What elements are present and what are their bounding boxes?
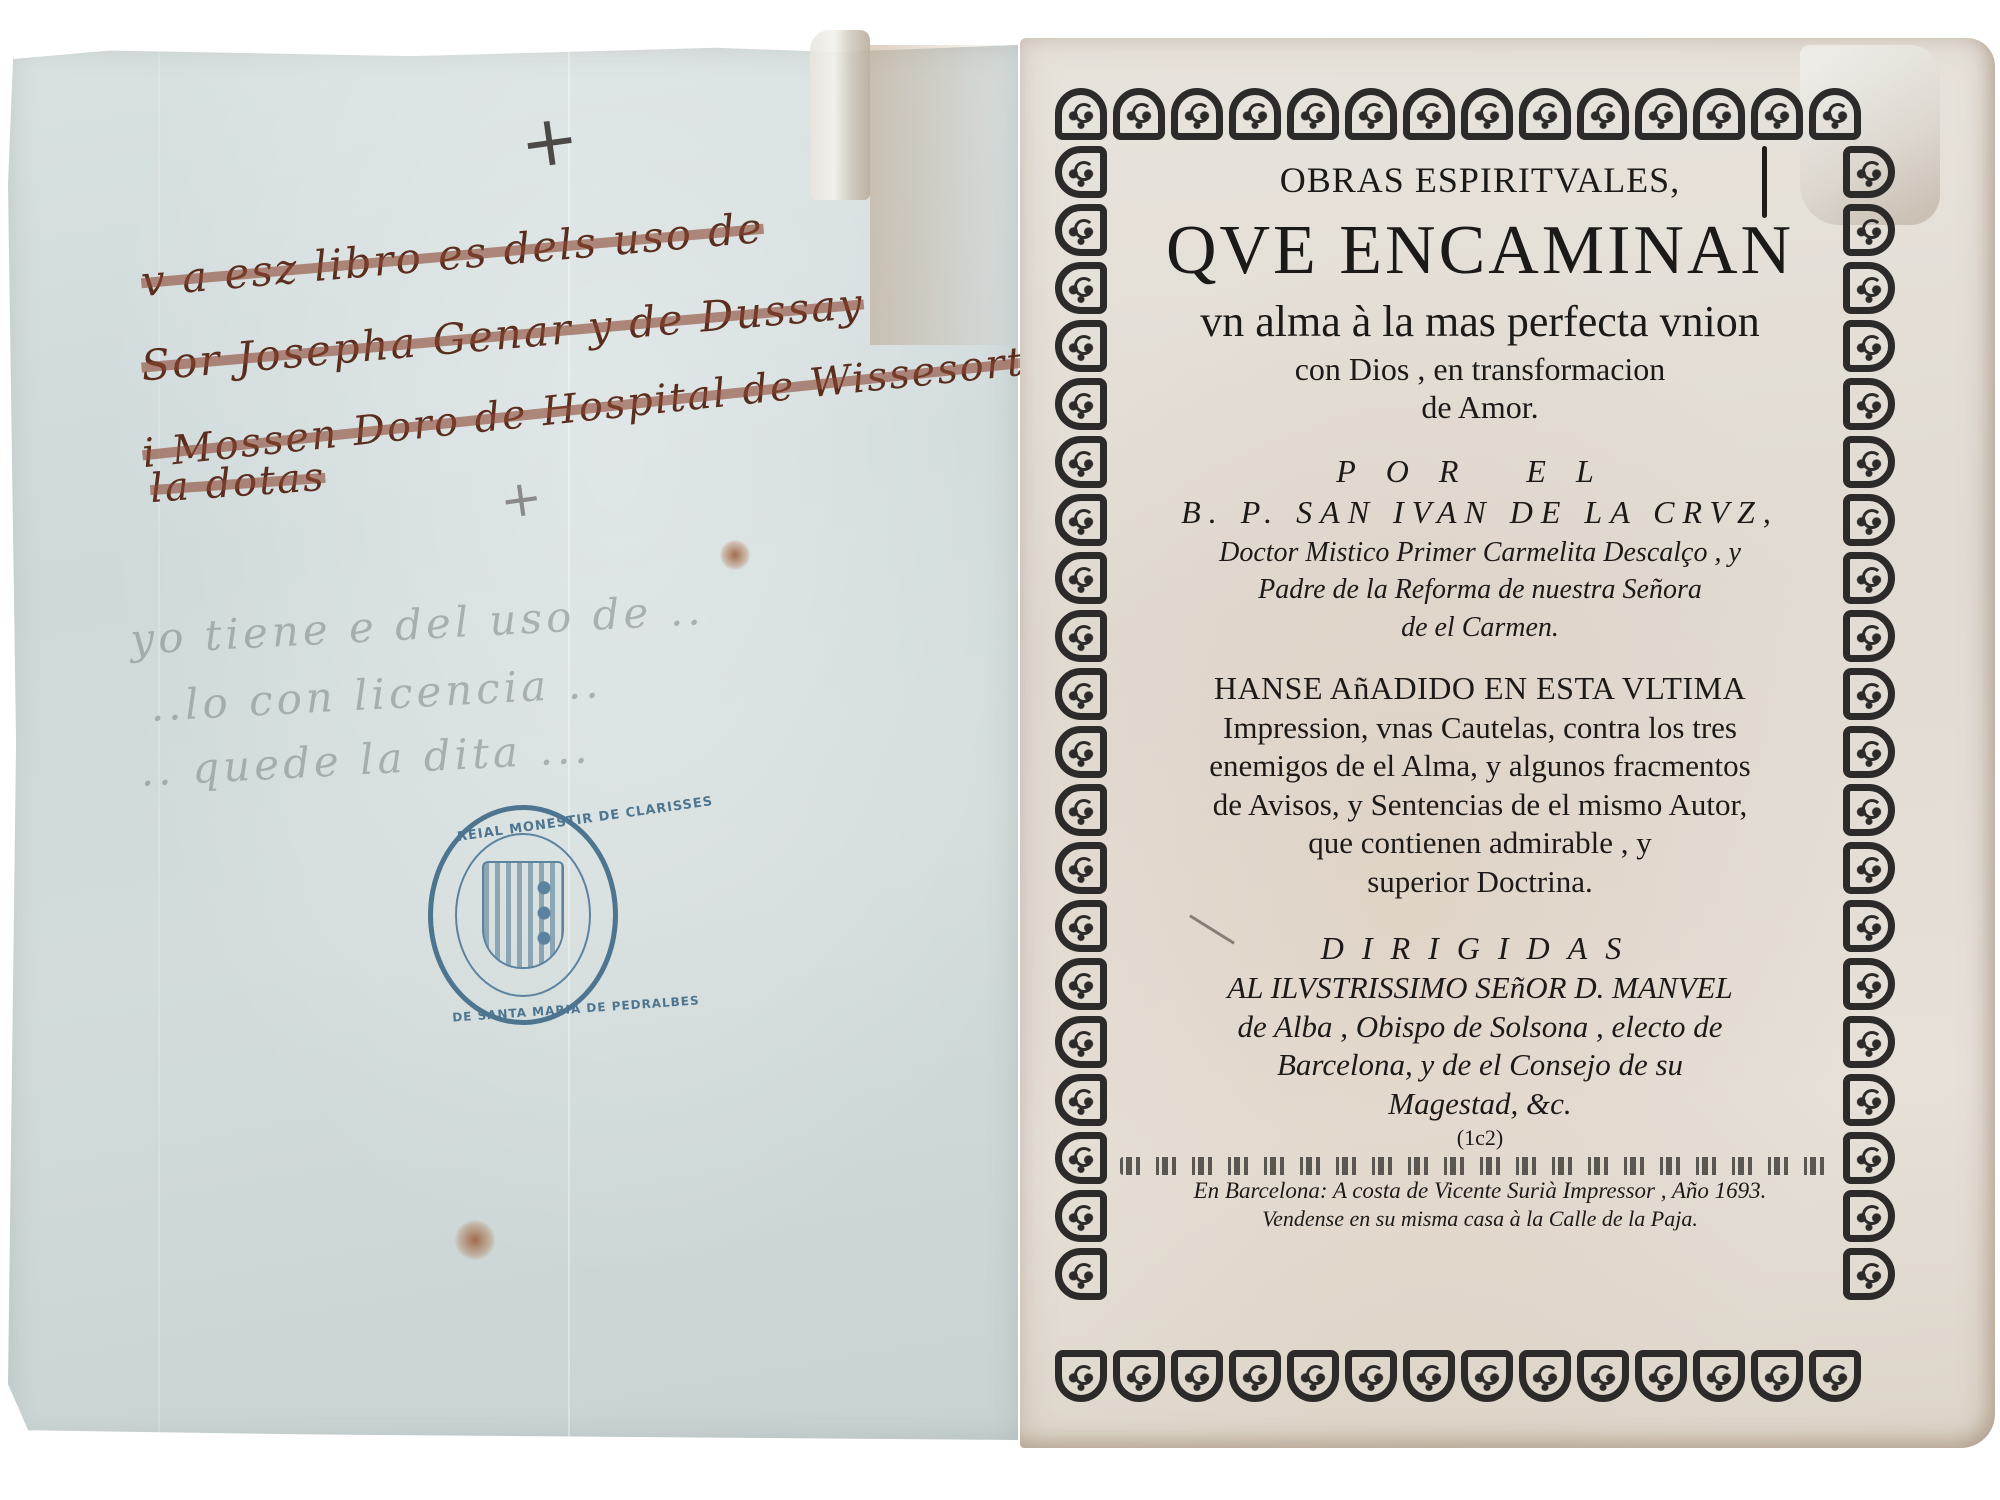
addition-line-2: Impression, vnas Cautelas, contra los tr… <box>1110 712 1850 745</box>
dedication-line-2: de Alba , Obispo de Solsona , electo de <box>1110 1011 1850 1044</box>
addition-line-1: HANSE AñADIDO EN ESTA VLTIMA <box>1110 672 1850 706</box>
author-name: B. P. SAN IVAN DE LA CRVZ, <box>1110 496 1850 530</box>
author-desc-2: Padre de la Reforma de nuestra Señora <box>1110 575 1850 604</box>
signature-mark: (1c2) <box>1110 1126 1850 1149</box>
addition-line-4: de Avisos, y Sentencias de el mismo Auto… <box>1110 789 1850 822</box>
cross-mark-faint: + <box>496 467 546 530</box>
imprint-line-2: Vendense en su misma casa à la Calle de … <box>1110 1207 1850 1230</box>
dedication-line-1: AL ILVSTRISSIMO SEñOR D. MANVEL <box>1110 972 1850 1005</box>
rust-stain <box>455 1220 495 1260</box>
addition-line-3: enemigos de el Alma, y algunos fracmento… <box>1110 750 1850 783</box>
title-line-5: de Amor. <box>1110 391 1850 425</box>
title-line-1: OBRAS ESPIRITVALES, <box>1110 162 1850 200</box>
title-page-text: OBRAS ESPIRITVALES, QVE ENCAMINAN vn alm… <box>1110 150 1850 1230</box>
coat-of-arms-icon <box>482 861 564 969</box>
page-crease <box>158 45 160 1440</box>
ink-stain <box>720 540 750 570</box>
border-left <box>1055 146 1107 1300</box>
addition-line-6: superior Doctrina. <box>1110 866 1850 899</box>
stamp-inner-ring <box>455 833 591 997</box>
spine-shadow <box>870 45 1020 345</box>
title-line-2: QVE ENCAMINAN <box>1110 214 1850 288</box>
author-desc-3: de el Carmen. <box>1110 613 1850 642</box>
dedication-line-4: Magestad, &c. <box>1110 1088 1850 1121</box>
border-right <box>1843 146 1895 1300</box>
title-line-3: vn alma à la mas perfecta vnion <box>1110 299 1850 345</box>
dedication-label: DIRIGIDAS <box>1110 932 1850 966</box>
cross-mark: + <box>515 96 584 185</box>
border-bottom <box>1055 1350 1861 1402</box>
title-line-4: con Dios , en transformacion <box>1110 353 1850 387</box>
author-desc-1: Doctor Mistico Primer Carmelita Descalço… <box>1110 538 1850 567</box>
border-top <box>1055 88 1861 140</box>
spine-fold <box>810 30 870 200</box>
by-label: POR EL <box>1110 455 1850 489</box>
dedication-line-3: Barcelona, y de el Consejo de su <box>1110 1049 1850 1082</box>
ornamental-rule <box>1120 1157 1840 1175</box>
addition-line-5: que contienen admirable , y <box>1110 827 1850 860</box>
imprint-line-1: En Barcelona: A costa de Vicente Surià I… <box>1110 1179 1850 1203</box>
